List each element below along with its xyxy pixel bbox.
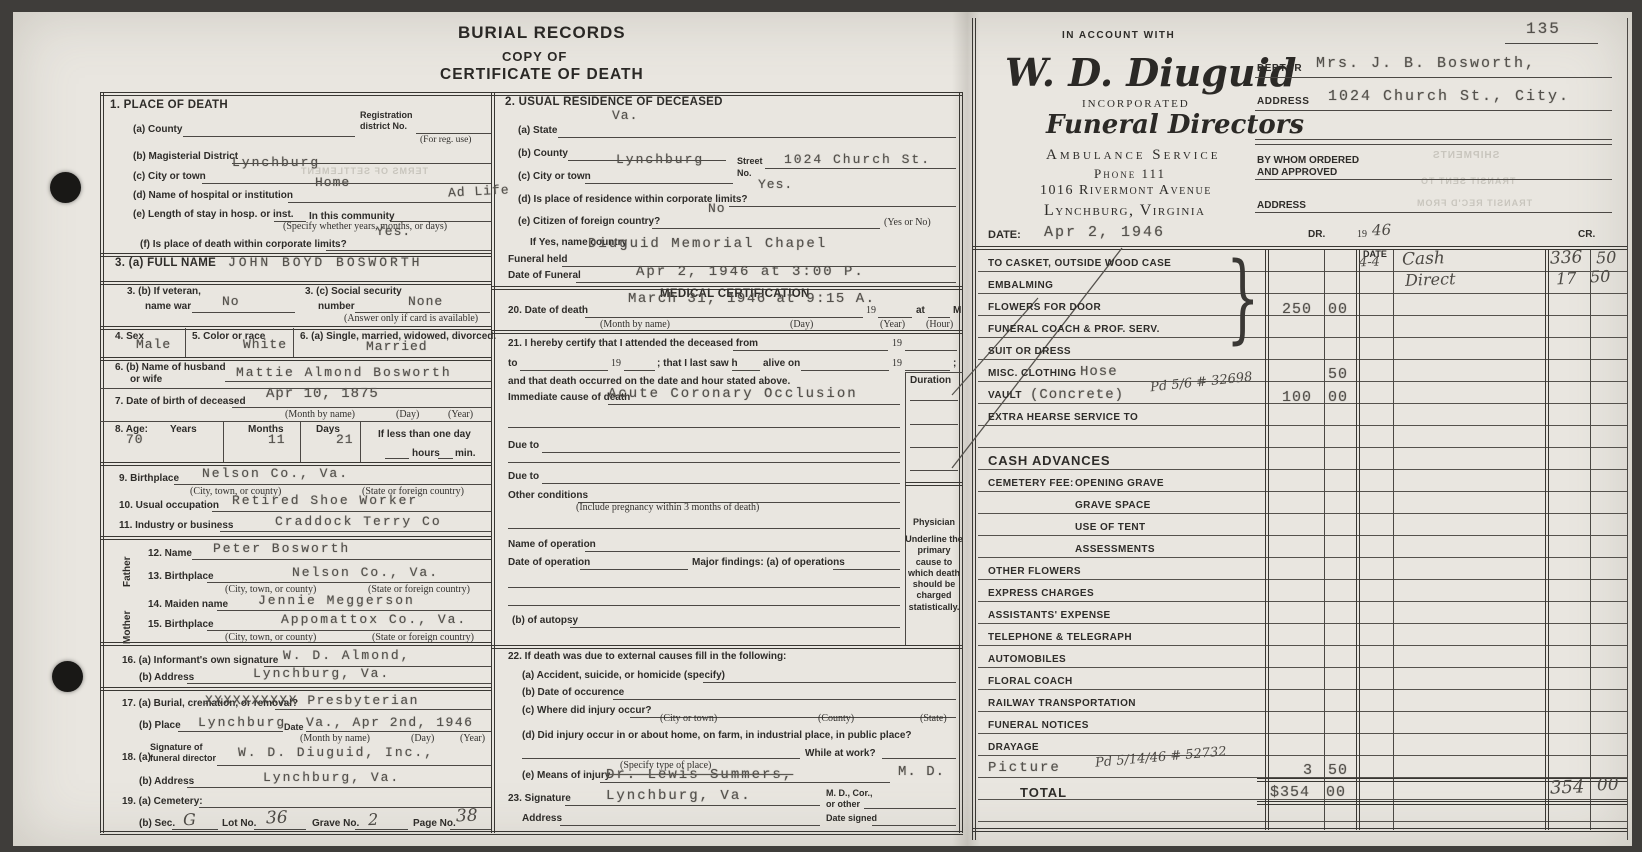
ledger-item: TO CASKET, OUTSIDE WOOD CASE (988, 258, 1171, 269)
ledger-bottom-rule (972, 828, 1627, 832)
burial-date-label: Date (284, 723, 304, 733)
hole-punch-bottom (52, 661, 83, 692)
ssn-note: (Answer only if card is available) (344, 313, 478, 324)
father-birthplace-label: 13. Birthplace (148, 571, 214, 582)
mother-group-label: Mother (122, 596, 133, 644)
debtor-address-label: ADDRESS (1257, 96, 1309, 107)
dob-note3: (Year) (448, 409, 473, 420)
duration-label: Duration (910, 375, 951, 386)
ledger-subitem: ASSESSMENTS (1075, 544, 1155, 555)
ledger-item: RAILWAY TRANSPORTATION (988, 698, 1136, 709)
funeral-directors-label: Funeral Directors (1046, 110, 1304, 140)
dob-note2: (Day) (396, 409, 419, 420)
certify-19c: 19 (892, 358, 902, 369)
accident-label: (a) Accident, suicide, or homicide (spec… (522, 670, 725, 681)
debtor-label: DEBTOR (1257, 63, 1302, 74)
account-right-rule (1627, 18, 1628, 840)
ledger-item: OTHER FLOWERS (988, 566, 1081, 577)
certify-to: to (508, 358, 517, 369)
fd-sig-label1: Signature of (150, 743, 203, 753)
res-county-label: (b) County (518, 148, 568, 159)
injury-note2: (County) (818, 713, 854, 724)
father-group-label: Father (122, 543, 133, 587)
reg-note: (For reg. use) (420, 135, 471, 145)
grave-value: 2 (368, 810, 379, 829)
state-value: Va. (612, 108, 638, 123)
race-value: White (243, 337, 287, 352)
immediate-cause-value: Acute Coronary Occlusion (608, 386, 858, 402)
full-name-label: 3. (a) FULL NAME (115, 257, 216, 270)
ambulance-service-label: Ambulance Service (1046, 147, 1221, 164)
spouse-label: 6. (b) Name of husband (115, 362, 226, 373)
fd-sig-label2: funeral director (150, 754, 216, 764)
sec-value: G (183, 810, 196, 829)
by-whom-label1: BY WHOM ORDERED (1257, 155, 1359, 166)
county-label: (a) County (133, 124, 182, 135)
age-years-label: Years (170, 424, 197, 435)
other-conditions-note: (Include pregnancy within 3 months of de… (576, 502, 759, 513)
account-left-rule (972, 18, 976, 840)
lot-value: 36 (266, 808, 288, 829)
informant-addr-label: (b) Address (139, 672, 194, 683)
year-printed: 19 (1357, 229, 1367, 240)
s2-header: 2. USUAL RESIDENCE OF DECEASED (505, 96, 723, 109)
ssn-label2: number (318, 301, 355, 312)
burial-value: XXXXXXXXXX Presbyterian (205, 693, 419, 708)
magisterial-value: Lynchburg (232, 155, 320, 170)
physician-label: Physician (907, 518, 961, 528)
date-label: DATE: (988, 229, 1021, 241)
certify-aliveon: alive on (763, 358, 800, 369)
father-birthplace-value: Nelson Co., Va. (292, 565, 439, 580)
injury-home-label: (d) Did injury occur in or about home, o… (522, 730, 911, 741)
fd-addr-value: Lynchburg, Va. (263, 770, 400, 785)
year-handwritten: 46 (1372, 221, 1392, 240)
res-corp-value: No (708, 201, 726, 216)
min-label: min. (455, 448, 476, 459)
fd-sig-value: W. D. Diuguid, Inc., (238, 745, 434, 760)
ledger-item-typed: Hose (1080, 364, 1118, 380)
ledger-item: FUNERAL NOTICES (988, 720, 1089, 731)
ledger-item: MISC. CLOTHING (988, 368, 1076, 379)
maiden-name-value: Jennie Meggerson (258, 593, 415, 608)
account-page-number: 135 (1526, 20, 1561, 38)
page-value: 38 (456, 806, 478, 827)
order-address-label: ADDRESS (1257, 200, 1306, 211)
ledger-item-typed: Picture (988, 760, 1061, 776)
doc-title: BURIAL RECORDS (458, 23, 626, 43)
date-of-operation-label: Date of operation (508, 557, 590, 568)
credit-cents: 50 (1596, 248, 1617, 268)
cemetery-label: 19. (a) Cemetery: (122, 796, 203, 807)
ssn-label: 3. (c) Social security (305, 286, 402, 297)
dr-cents: 50 (1328, 366, 1348, 383)
res-city-label: (c) City or town (518, 171, 591, 182)
stay-note: (Specify whether years, months, or days) (283, 221, 447, 232)
casket-group-brace: } (1226, 250, 1260, 346)
street-no-label: No. (737, 169, 752, 179)
ledger-subitem: USE OF TENT (1075, 522, 1146, 533)
dod-note1: (Month by name) (600, 319, 670, 330)
hours-label: hours (412, 448, 440, 459)
maiden-name-label: 14. Maiden name (148, 599, 228, 610)
while-at-work-label: While at work? (805, 748, 876, 759)
cor-label2: or other (826, 800, 860, 810)
birthplace-value: Nelson Co., Va. (202, 466, 349, 481)
incorporated-label: INCORPORATED (1082, 98, 1190, 110)
debtor-value: Mrs. J. B. Bosworth, (1316, 55, 1536, 72)
due-to-1-label: Due to (508, 440, 539, 451)
burial-note1: (Month by name) (300, 733, 370, 744)
dr-cents: 00 (1328, 389, 1348, 406)
ledger-item: FUNERAL COACH & PROF. SERV. (988, 324, 1160, 335)
autopsy-label: (b) of autopsy (512, 615, 578, 626)
city-town-value: Home (315, 175, 350, 190)
street-value: 1024 Church St. (784, 152, 931, 167)
father-name-value: Peter Bosworth (213, 541, 350, 556)
certify-semicolon: ; (953, 358, 956, 369)
certify-19b: 19 (611, 358, 621, 369)
ledger-item: EXTRA HEARSE SERVICE TO (988, 412, 1138, 423)
spouse-value: Mattie Almond Bosworth (236, 365, 452, 380)
spouse-label2: or wife (130, 374, 162, 385)
ledger-item: SUIT OR DRESS (988, 346, 1071, 357)
veteran-label2: name war (145, 301, 191, 312)
lot-label: Lot No. (222, 818, 256, 829)
page-label: Page No. (413, 818, 456, 829)
dod-note2: (Day) (790, 319, 813, 330)
marital-value: Married (366, 339, 428, 354)
magisterial-label: (b) Magisterial District (133, 151, 238, 162)
ledger-item: EXPRESS CHARGES (988, 588, 1094, 599)
hospital-label: (d) Name of hospital or institution (133, 190, 293, 201)
ledger-subitem: GRAVE SPACE (1075, 500, 1151, 511)
s22-header: 22. If death was due to external causes … (508, 651, 786, 662)
ledger-item: CEMETERY FEE: (988, 478, 1074, 489)
dob-label: 7. Date of birth of deceased (115, 396, 246, 407)
doc-subtitle-1: COPY OF (502, 49, 567, 64)
funeral-date-value: Apr 2, 1946 at 3:00 P. (636, 264, 865, 280)
sec-label: (b) Sec. (139, 818, 175, 829)
reg-label2: district No. (360, 122, 407, 132)
other-conditions-label: Other conditions (508, 490, 588, 501)
city-town-label: (c) City or town (133, 171, 206, 182)
citizen-label: (e) Citizen of foreign country? (518, 216, 660, 227)
cor-label1: M. D., Cor., (826, 789, 873, 799)
fd-num-label: 18. (a) (122, 752, 151, 763)
ssn-value: None (408, 294, 443, 309)
in-account-with: IN ACCOUNT WITH (1062, 30, 1175, 41)
funeral-held-value: Diuguid Memorial Chapel (588, 236, 827, 252)
fd-addr-label: (b) Address (139, 776, 194, 787)
dod-note4: (Hour) (926, 319, 953, 330)
dod-at: at (916, 305, 925, 316)
cr-total: 354 (1550, 776, 1585, 798)
injury-where-label: (c) Where did injury occur? (522, 705, 651, 716)
less-than-day-label: If less than one day (378, 429, 471, 440)
date-of-death-value: March 31, 1946 at 9:15 A. (628, 291, 876, 307)
firm-name: W. D. Diuguid (1005, 50, 1297, 95)
street-label: Street (737, 157, 763, 167)
industry-label: 11. Industry or business (119, 520, 233, 531)
bleedthrough-text: TRANSIT REC'D FROM (1416, 198, 1532, 208)
stay-label: (e) Length of stay in hosp. or inst. (133, 209, 294, 220)
credit-amount: 336 (1550, 247, 1583, 268)
res-city-value: Yes. (758, 177, 793, 192)
reg-label: Registration (360, 111, 413, 121)
ledger-item: ASSISTANTS' EXPENSE (988, 610, 1111, 621)
dod-note3: (Year) (880, 319, 905, 330)
date-value: Apr 2, 1946 (1044, 224, 1165, 241)
funeral-date-label: Date of Funeral (508, 270, 581, 281)
signature-label: 23. Signature (508, 793, 571, 804)
dr-column-header: DR. (1308, 229, 1325, 240)
mother-birthplace-value: Appomattox Co., Va. (281, 612, 467, 627)
physician-signature-value: Dr. Lewis Summers, (606, 767, 793, 783)
age-months-value: 11 (268, 432, 286, 447)
dr-amount: 100 (1282, 389, 1312, 406)
means-injury-label: (e) Means of injury (522, 770, 610, 781)
certify-lastsaw: ; that I last saw h (657, 358, 738, 369)
injury-note3: (State) (920, 713, 947, 724)
burial-place-value: Lynchburg (198, 715, 286, 730)
citizen-note: (Yes or No) (884, 217, 931, 228)
veteran-label: 3. (b) If veteran, (127, 286, 201, 297)
dob-note1: (Month by name) (285, 409, 355, 420)
res-county-value: Lynchburg (616, 152, 704, 167)
dr-cents: 50 (1328, 762, 1348, 779)
dod-m: M (953, 305, 961, 316)
dod-19: 19 (866, 305, 876, 316)
physician-note: Underline the primary cause to which dea… (905, 534, 963, 613)
dob-value: Apr 10, 1875 (266, 386, 379, 402)
industry-value: Craddock Terry Co (275, 514, 442, 529)
dr-amount: 3 (1303, 762, 1313, 779)
debtor-address-value: 1024 Church St., City. (1328, 88, 1570, 105)
dr-amount: 250 (1282, 301, 1312, 318)
ledger-item: EMBALMING (988, 280, 1053, 291)
burial-note2: (Day) (411, 733, 434, 744)
phone-label: Phone 111 (1094, 166, 1166, 182)
informant-addr-value: Lynchburg, Va. (253, 666, 390, 681)
occurrence-date-label: (b) Date of occurence (522, 687, 624, 698)
injury-note1: (City or town) (660, 713, 717, 724)
full-name-value: JOHN BOYD BOSWORTH (228, 255, 422, 270)
credit-desc: Cash (1402, 248, 1446, 269)
informant-value: W. D. Almond, (283, 648, 410, 663)
date-of-death-label: 20. Date of death (508, 305, 588, 316)
firm-street: 1016 Rivermont Avenue (1040, 183, 1212, 199)
community-value: Yes. (376, 224, 411, 239)
date-signed-label: Date signed (826, 814, 877, 824)
name-of-operation-label: Name of operation (508, 539, 596, 550)
corp-limits-label: (f) Is place of death within corporate l… (140, 239, 347, 250)
by-whom-label2: AND APPROVED (1257, 167, 1337, 178)
mother-birthplace-label: 15. Birthplace (148, 619, 214, 630)
credit-amount: 17 (1556, 269, 1577, 289)
hospital-value: Ad Life (448, 182, 510, 200)
s1-header: 1. PLACE OF DEATH (110, 99, 228, 112)
cr-total-cents: 00 (1597, 775, 1619, 796)
ledger-item: FLOWERS FOR DOOR (988, 302, 1101, 313)
doc-subtitle-2: CERTIFICATE OF DEATH (440, 66, 644, 84)
dr-total: $354 (1270, 784, 1310, 801)
due-to-2-label: Due to (508, 471, 539, 482)
burial-date-value: Va., Apr 2nd, 1946 (306, 715, 473, 730)
grave-label: Grave No. (312, 818, 359, 829)
ledger-grid (978, 250, 1627, 822)
cr-column-header: CR. (1578, 229, 1595, 240)
dr-total-cents: 00 (1326, 784, 1346, 801)
certify-line1: 21. I hereby certify that I attended the… (508, 338, 758, 349)
ledger-item: DRAYAGE (988, 742, 1039, 753)
ledger-item: AUTOMOBILES (988, 654, 1066, 665)
age-days-value: 21 (336, 432, 354, 447)
ledger-total-label: TOTAL (1020, 786, 1067, 800)
informant-label: 16. (a) Informant's own signature (122, 655, 278, 666)
credit-desc: Direct (1405, 269, 1456, 290)
birthplace-label: 9. Birthplace (119, 473, 179, 484)
occupation-value: Retired Shoe Worker (232, 493, 418, 508)
dr-cents: 00 (1328, 301, 1348, 318)
occupation-label: 10. Usual occupation (119, 500, 219, 511)
major-findings-label: Major findings: (a) of operations (692, 557, 845, 568)
certify-19a: 19 (892, 338, 902, 349)
total-bottom-rule (1257, 801, 1627, 805)
burial-note3: (Year) (460, 733, 485, 744)
ledger-item: TELEPHONE & TELEGRAPH (988, 632, 1132, 643)
age-years-value: 70 (126, 432, 144, 447)
scanned-burial-record: SHIPMENTS TRANSIT SENT TO TRANSIT REC'D … (0, 0, 1642, 852)
bleedthrough-text: TRANSIT SENT TO (1420, 176, 1515, 186)
ledger-section-header: CASH ADVANCES (988, 454, 1110, 468)
bleedthrough-text: SHIPMENTS (1432, 150, 1499, 161)
signature-value: Lynchburg, Va. (606, 788, 752, 804)
ledger-item: FLORAL COACH (988, 676, 1073, 687)
sex-value: Male (136, 337, 171, 352)
state-label: (a) State (518, 125, 557, 136)
funeral-held-label: Funeral held (508, 254, 567, 265)
md-suffix: M. D. (898, 764, 945, 780)
burial-place-label: (b) Place (139, 720, 181, 731)
ledger-item: VAULT (988, 390, 1022, 401)
ledger-item-typed: (Concrete) (1030, 387, 1124, 403)
father-name-label: 12. Name (148, 548, 192, 559)
veteran-value: No (222, 294, 240, 309)
hole-punch-top (50, 172, 81, 203)
credit-date: 4-4 (1359, 255, 1380, 271)
credit-cents: 50 (1590, 267, 1611, 287)
firm-city: Lynchburg, Virginia (1044, 202, 1205, 220)
ledger-subitem: OPENING GRAVE (1075, 478, 1164, 489)
sig-address-label: Address (522, 813, 562, 824)
